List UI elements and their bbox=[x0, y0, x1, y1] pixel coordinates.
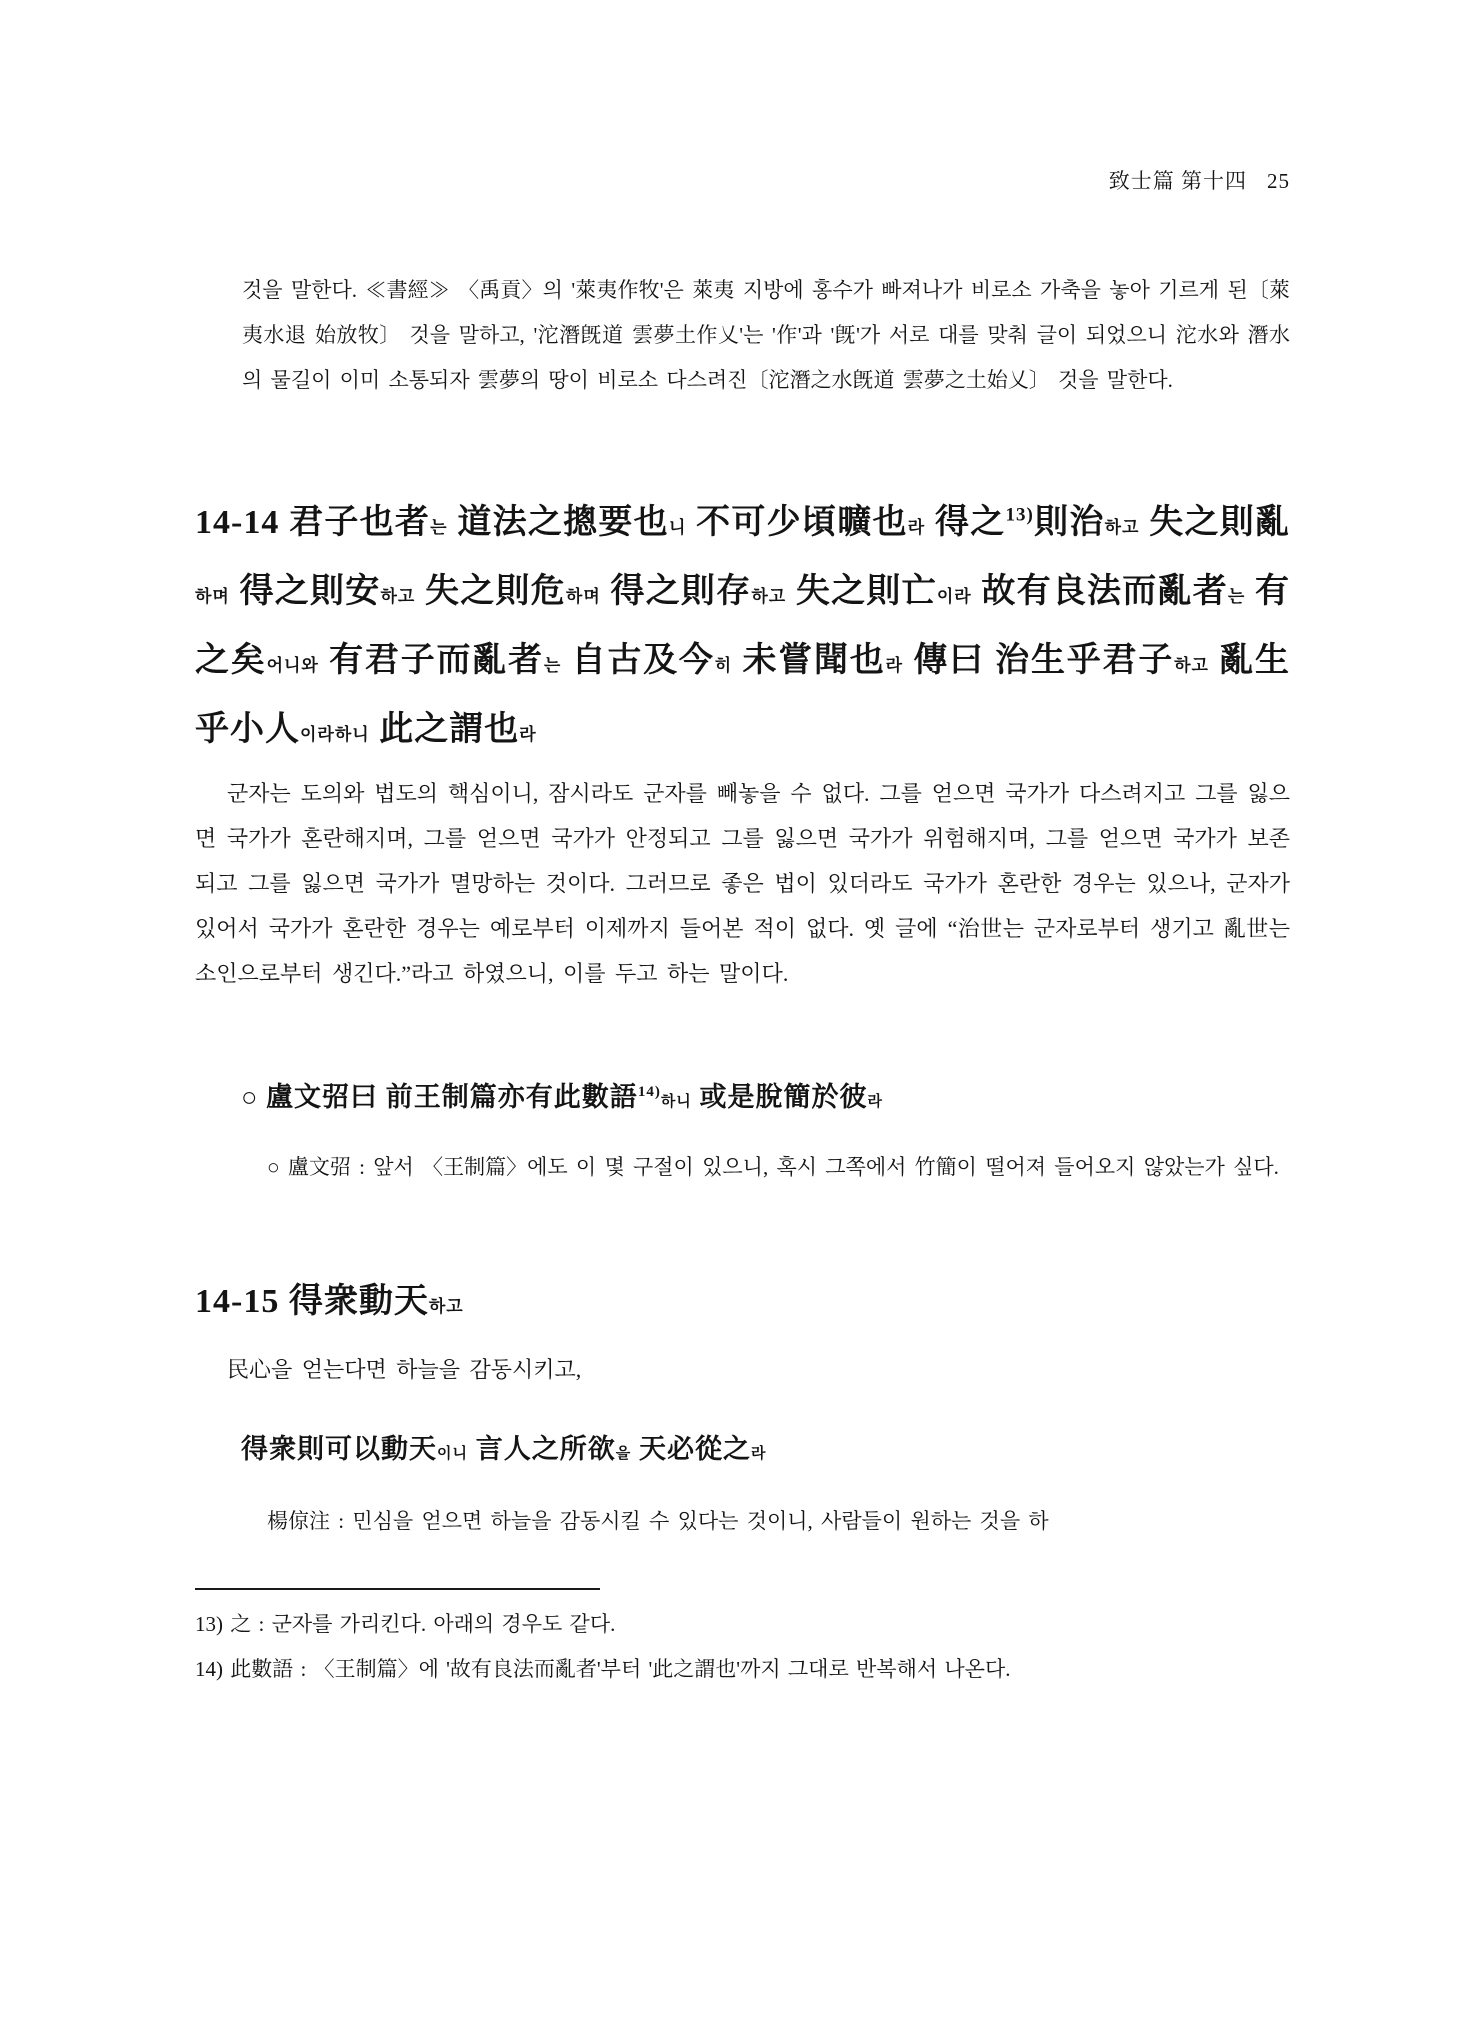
lu-wenchao-note-translation: ○ 盧文弨 : 앞서 〈王制篇〉에도 이 몇 구절이 있으니, 혹시 그쪽에서 … bbox=[239, 1145, 1290, 1190]
text-segment: 하며 bbox=[566, 587, 601, 606]
text-segment: 未嘗聞也 bbox=[732, 642, 885, 679]
section-14-14-translation: 군자는 도의와 법도의 핵심이니, 잠시라도 군자를 빼놓을 수 없다. 그를 … bbox=[195, 771, 1290, 996]
text-segment: 不可少頃曠也 bbox=[686, 504, 907, 541]
text-segment: 하고 bbox=[1105, 518, 1140, 537]
lu-wenchao-note: ○ 盧文弨曰 前王制篇亦有此數語14)하니 或是脫簡於彼라 bbox=[241, 1074, 1290, 1125]
text-segment: 어니와 bbox=[267, 656, 319, 675]
text-segment: 此之謂也 bbox=[370, 711, 520, 748]
text-segment: 하니 bbox=[661, 1094, 692, 1110]
text-segment: 自古及今 bbox=[561, 642, 714, 679]
text-segment: ○ 盧文弨曰 前王制篇亦有此數語 bbox=[241, 1082, 638, 1112]
text-segment: 히 bbox=[715, 656, 732, 675]
text-segment: 는 bbox=[544, 656, 561, 675]
text-segment: 天必從之 bbox=[631, 1434, 751, 1464]
text-segment: 14-15 bbox=[195, 1283, 289, 1320]
text-segment: 라 bbox=[519, 725, 536, 744]
text-segment: 得之 bbox=[925, 504, 1005, 541]
text-segment: 或是脫簡於彼 bbox=[692, 1082, 868, 1112]
text-segment: 失之則亂 bbox=[1139, 504, 1290, 541]
text-segment: 라 bbox=[908, 518, 925, 537]
text-segment: 者 bbox=[1193, 573, 1228, 610]
text-segment: 道法之摠要也 bbox=[448, 504, 669, 541]
text-segment: 則治 bbox=[1034, 504, 1105, 541]
section-14-15-translation: 民心을 얻는다면 하늘을 감동시키고, bbox=[195, 1347, 1290, 1392]
text-segment: 失之則亡 bbox=[786, 573, 937, 610]
text-segment: 이라 bbox=[937, 587, 972, 606]
text-segment: 을 bbox=[616, 1446, 632, 1462]
intro-annotation-paragraph: 것을 말한다. ≪書經≫ 〈禹貢〉의 '萊夷作牧'은 萊夷 지방에 홍수가 빠져… bbox=[242, 268, 1290, 403]
text-segment: 14-14 bbox=[195, 504, 289, 541]
text-segment: 니 bbox=[669, 518, 686, 537]
text-segment: 라 bbox=[868, 1094, 884, 1110]
footnote-divider bbox=[195, 1588, 600, 1590]
footnote-13: 13) 之 : 군자를 가리킨다. 아래의 경우도 같다. bbox=[195, 1602, 1290, 1647]
running-header: 致士篇 第十四25 bbox=[195, 168, 1290, 194]
text-segment: 는 bbox=[1228, 587, 1245, 606]
text-segment: 有君子而亂者 bbox=[319, 642, 544, 679]
text-segment: 하고 bbox=[380, 587, 415, 606]
text-segment: 故有良法而亂 bbox=[972, 573, 1193, 610]
section-14-15-heading: 14-15 得衆動天하고 bbox=[195, 1270, 1290, 1339]
text-segment: 傳曰 治生乎君子 bbox=[903, 642, 1174, 679]
footnote-marker: 14) bbox=[638, 1084, 661, 1100]
yang-liang-commentary-translation: 楊倞注 : 민심을 얻으면 하늘을 감동시킬 수 있다는 것이니, 사람들이 원… bbox=[267, 1499, 1290, 1544]
text-segment: 得之則安 bbox=[230, 573, 381, 610]
text-segment: 得衆動天 bbox=[289, 1283, 429, 1320]
footnotes-block: 13) 之 : 군자를 가리킨다. 아래의 경우도 같다. 14) 此數語 : … bbox=[195, 1602, 1290, 1692]
text-segment: 言人之所欲 bbox=[468, 1434, 616, 1464]
text-segment: 이라하니 bbox=[300, 725, 370, 744]
document-page: 致士篇 第十四25 것을 말한다. ≪書經≫ 〈禹貢〉의 '萊夷作牧'은 萊夷 … bbox=[0, 0, 1480, 2024]
footnote-marker: 13) bbox=[1005, 505, 1033, 526]
text-segment: 하고 bbox=[1174, 656, 1209, 675]
text-segment: 하고 bbox=[751, 587, 786, 606]
text-segment: 得之則存 bbox=[601, 573, 752, 610]
page-number: 25 bbox=[1267, 169, 1290, 193]
text-segment: 得衆則可以動天 bbox=[241, 1434, 437, 1464]
text-segment: 하며 bbox=[195, 587, 230, 606]
text-segment: 라 bbox=[886, 656, 903, 675]
yang-liang-commentary: 得衆則可以動天이니 言人之所欲을 天必從之라 bbox=[241, 1426, 1290, 1477]
chapter-title: 致士篇 第十四 bbox=[1109, 169, 1247, 193]
text-segment: 하고 bbox=[429, 1297, 464, 1316]
footnote-14: 14) 此數語 : 〈王制篇〉에 '故有良法而亂者'부터 '此之謂也'까지 그대… bbox=[195, 1647, 1290, 1692]
text-segment: 는 bbox=[430, 518, 447, 537]
text-segment: 君子也者 bbox=[289, 504, 430, 541]
section-14-14-heading: 14-14 君子也者는 道法之摠要也니 不可少頃曠也라 得之13)則治하고 失之… bbox=[195, 491, 1290, 767]
text-segment: 이니 bbox=[437, 1446, 468, 1462]
text-segment: 失之則危 bbox=[415, 573, 566, 610]
text-segment: 라 bbox=[751, 1446, 767, 1462]
